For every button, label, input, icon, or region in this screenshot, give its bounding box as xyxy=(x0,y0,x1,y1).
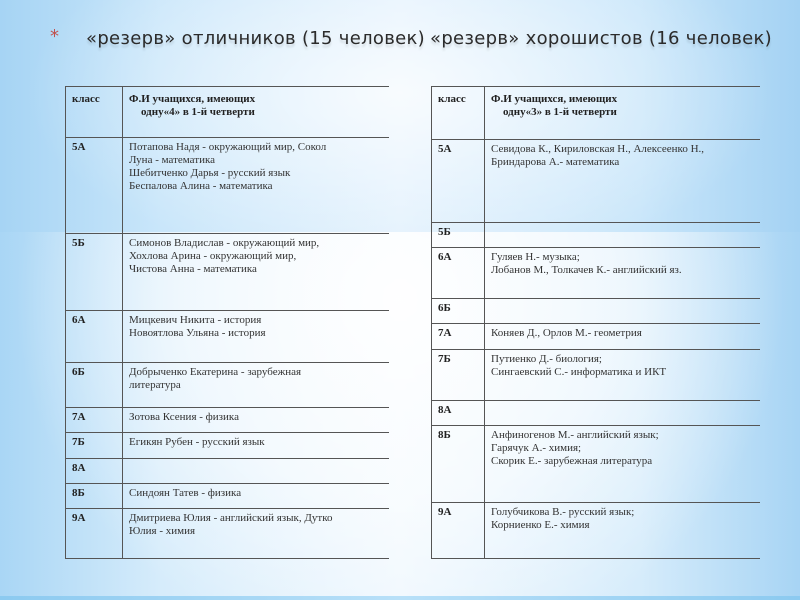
students-cell: Потапова Надя - окружающий мир, СоколЛун… xyxy=(123,138,389,234)
students-cell: Голубчикова В.- русский язык;Корниенко Е… xyxy=(485,503,760,559)
class-cell: 8Б xyxy=(432,426,485,503)
class-cell: 6Б xyxy=(66,363,123,408)
slide-title-row: * «резерв» отличников (15 человек) «резе… xyxy=(0,26,800,56)
students-cell: Гуляев Н.- музыка;Лобанов М., Толкачев К… xyxy=(485,248,760,299)
table-row: 5АПотапова Надя - окружающий мир, СоколЛ… xyxy=(66,138,389,234)
header-students: Ф.И учащихся, имеющиходну«4» в 1-й четве… xyxy=(123,87,389,138)
table-row: 9АДмитриева Юлия - английский язык, Дутк… xyxy=(66,509,389,559)
class-cell: 5Б xyxy=(66,234,123,311)
students-cell xyxy=(485,223,760,248)
title-good-reserve: «резерв» хорошистов (16 человек) xyxy=(430,28,772,49)
students-cell xyxy=(485,299,760,324)
table-row: 5Б xyxy=(432,223,760,248)
class-cell: 7Б xyxy=(66,433,123,459)
table-row: 8А xyxy=(432,401,760,426)
students-cell: Севидова К., Кириловская Н., Алексеенко … xyxy=(485,140,760,223)
class-cell: 5А xyxy=(66,138,123,234)
class-cell: 8А xyxy=(66,459,123,484)
excellent-reserve-table: классФ.И учащихся, имеющиходну«4» в 1-й … xyxy=(65,86,389,559)
class-cell: 8Б xyxy=(66,484,123,509)
students-cell: Анфиногенов М.- английский язык;Гарячук … xyxy=(485,426,760,503)
table-row: 8А xyxy=(66,459,389,484)
asterisk-bullet-icon: * xyxy=(50,26,59,47)
class-cell: 5А xyxy=(432,140,485,223)
class-cell: 6Б xyxy=(432,299,485,324)
students-cell: Мицкевич Никита - историяНовоятлова Улья… xyxy=(123,311,389,363)
students-cell xyxy=(485,401,760,426)
table-body: классФ.И учащихся, имеющиходну«3» в 1-й … xyxy=(432,87,760,559)
students-cell xyxy=(123,459,389,484)
table-row: 8БСиндоян Татев - физика xyxy=(66,484,389,509)
table-body: классФ.И учащихся, имеющиходну«4» в 1-й … xyxy=(66,87,389,559)
table-row: 7АКоняев Д., Орлов М.- геометрия xyxy=(432,324,760,350)
table-row: 7БЕгикян Рубен - русский язык xyxy=(66,433,389,459)
students-cell: Дмитриева Юлия - английский язык, ДуткоЮ… xyxy=(123,509,389,559)
students-cell: Коняев Д., Орлов М.- геометрия xyxy=(485,324,760,350)
table-row: 5АСевидова К., Кириловская Н., Алексеенк… xyxy=(432,140,760,223)
header-class: класс xyxy=(66,87,123,138)
class-cell: 9А xyxy=(66,509,123,559)
good-reserve-table: классФ.И учащихся, имеющиходну«3» в 1-й … xyxy=(431,86,760,559)
table-header-row: классФ.И учащихся, имеющиходну«4» в 1-й … xyxy=(66,87,389,138)
table-row: 7БПутиенко Д.- биология;Сингаевский С.- … xyxy=(432,350,760,401)
header-class: класс xyxy=(432,87,485,140)
table-row: 9АГолубчикова В.- русский язык;Корниенко… xyxy=(432,503,760,559)
class-cell: 7А xyxy=(66,408,123,433)
students-cell: Путиенко Д.- биология;Сингаевский С.- ин… xyxy=(485,350,760,401)
table-row: 6АМицкевич Никита - историяНовоятлова Ул… xyxy=(66,311,389,363)
students-cell: Егикян Рубен - русский язык xyxy=(123,433,389,459)
class-cell: 6А xyxy=(432,248,485,299)
table-header-row: классФ.И учащихся, имеющиходну«3» в 1-й … xyxy=(432,87,760,140)
class-cell: 9А xyxy=(432,503,485,559)
table-row: 6БДобрыченко Екатерина - зарубежнаялитер… xyxy=(66,363,389,408)
table-row: 5БСимонов Владислав - окружающий мир,Хох… xyxy=(66,234,389,311)
title-excellent-reserve: «резерв» отличников (15 человек) xyxy=(86,28,425,49)
class-cell: 7Б xyxy=(432,350,485,401)
class-cell: 8А xyxy=(432,401,485,426)
header-students: Ф.И учащихся, имеющиходну«3» в 1-й четве… xyxy=(485,87,760,140)
class-cell: 5Б xyxy=(432,223,485,248)
table-row: 7АЗотова Ксения - физика xyxy=(66,408,389,433)
slide-bottom-accent-line xyxy=(0,596,800,600)
table-row: 8БАнфиногенов М.- английский язык;Гарячу… xyxy=(432,426,760,503)
table-row: 6АГуляев Н.- музыка;Лобанов М., Толкачев… xyxy=(432,248,760,299)
table-row: 6Б xyxy=(432,299,760,324)
students-cell: Синдоян Татев - физика xyxy=(123,484,389,509)
class-cell: 7А xyxy=(432,324,485,350)
class-cell: 6А xyxy=(66,311,123,363)
students-cell: Симонов Владислав - окружающий мир,Хохло… xyxy=(123,234,389,311)
students-cell: Добрыченко Екатерина - зарубежнаялитерат… xyxy=(123,363,389,408)
students-cell: Зотова Ксения - физика xyxy=(123,408,389,433)
